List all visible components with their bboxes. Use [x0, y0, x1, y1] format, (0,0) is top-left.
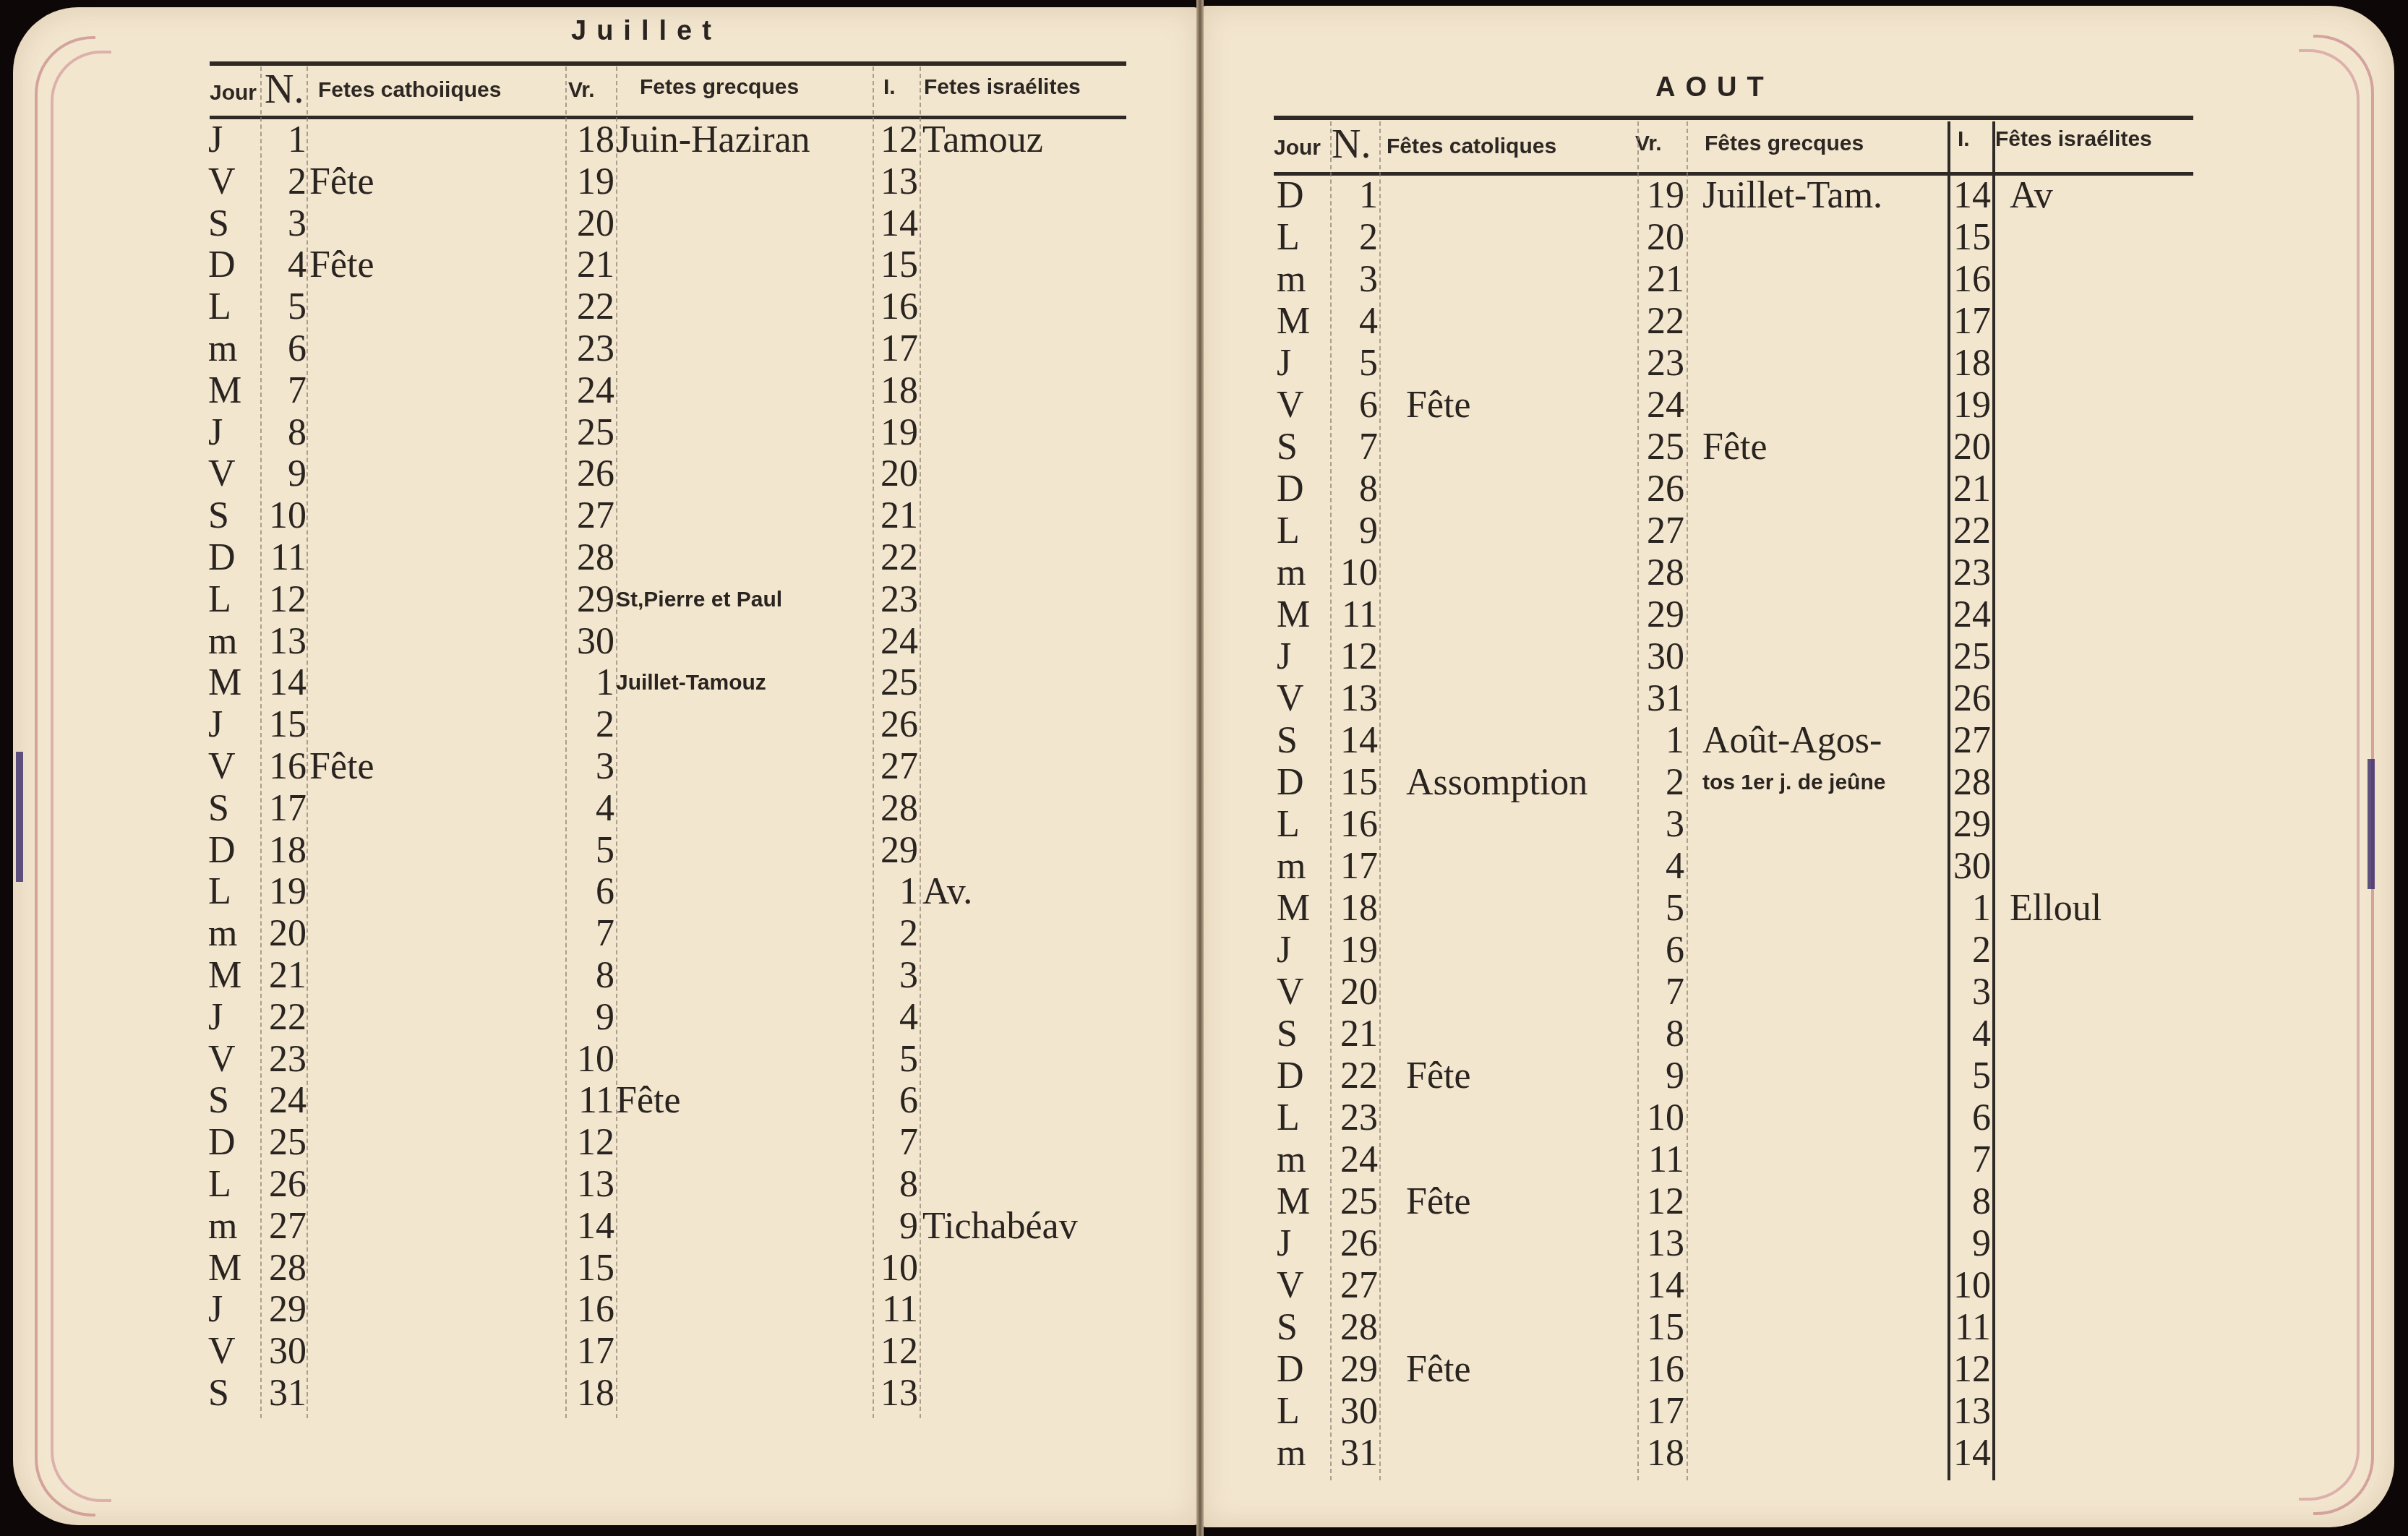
header-i: I.	[883, 75, 896, 100]
calendar-row: m102823	[0, 552, 1084, 594]
greek-day-cell: 1	[1638, 720, 1684, 762]
calendar-row: J26139	[0, 1223, 1084, 1265]
greek-day-cell: 4	[1638, 846, 1684, 888]
jewish-feast-cell: Elloul	[2010, 888, 2101, 930]
greek-day-cell: 15	[1638, 1307, 1684, 1349]
day-number-cell: 6	[1332, 385, 1378, 426]
greek-feast-cell: Fête	[1702, 426, 1768, 468]
day-of-week-cell: m	[1277, 552, 1306, 594]
book-spine	[1196, 0, 1204, 1536]
greek-day-cell: 8	[1638, 1013, 1684, 1055]
greek-day-cell: 23	[1638, 343, 1684, 385]
jewish-day-cell: 16	[1949, 259, 1991, 301]
greek-day-cell: 5	[1638, 888, 1684, 930]
day-of-week-cell: D	[1277, 1055, 1304, 1097]
calendar-row: m24117	[0, 1139, 1084, 1181]
day-of-week-cell: M	[1277, 594, 1310, 636]
jewish-day-cell: 28	[1949, 762, 1991, 804]
header-catholic: Fetes cathoiiques	[318, 78, 501, 103]
day-of-week-cell: m	[1277, 1139, 1306, 1181]
day-number-cell: 27	[1332, 1265, 1378, 1307]
day-number-cell: 9	[1332, 510, 1378, 552]
jewish-day-cell: 29	[1949, 804, 1991, 846]
day-number-cell: 8	[1332, 468, 1378, 510]
day-of-week-cell: m	[1277, 259, 1306, 301]
greek-day-cell: 26	[1638, 468, 1684, 510]
day-number-cell: 11	[1332, 594, 1378, 636]
column-divider-bold	[1992, 121, 1997, 1480]
header-catholic: Fêtes catoliques	[1387, 134, 1556, 159]
jewish-day-cell: 18	[1949, 343, 1991, 385]
greek-feast-cell: Août-Agos-	[1702, 720, 1882, 762]
day-of-week-cell: L	[1277, 217, 1300, 259]
day-number-cell: 30	[1332, 1391, 1378, 1433]
jewish-day-cell: 19	[1949, 385, 1991, 426]
day-number-cell: 14	[1332, 720, 1378, 762]
calendar-row: D22Fête95	[0, 1055, 1084, 1097]
day-number-cell: 24	[1332, 1139, 1378, 1181]
header-n: N.	[265, 66, 304, 113]
greek-day-cell: 28	[1638, 552, 1684, 594]
greek-day-cell: 10	[1638, 1097, 1684, 1139]
jewish-day-cell: 1	[1949, 888, 1991, 930]
header-israelite: Fêtes israélites	[1995, 127, 2152, 152]
day-of-week-cell: L	[1277, 804, 1300, 846]
jewish-day-cell: 24	[1949, 594, 1991, 636]
jewish-day-cell: 4	[1949, 1013, 1991, 1055]
jewish-day-cell: 15	[1949, 217, 1991, 259]
greek-day-cell: 21	[1638, 259, 1684, 301]
column-divider	[1379, 121, 1382, 1480]
greek-day-cell: 24	[1638, 385, 1684, 426]
calendar-row: J1962	[0, 930, 1084, 971]
greek-day-cell: 22	[1638, 301, 1684, 343]
day-of-week-cell: J	[1277, 636, 1291, 678]
day-number-cell: 5	[1332, 343, 1378, 385]
calendar-row: S141Août-Agos-27	[0, 720, 1084, 762]
day-number-cell: 19	[1332, 930, 1378, 971]
calendar-row: m32116	[0, 259, 1084, 301]
calendar-row: M112924	[0, 594, 1084, 636]
jewish-day-cell: 11	[1949, 1307, 1991, 1349]
jewish-day-cell: 30	[1949, 846, 1991, 888]
header-n: N.	[1332, 121, 1371, 168]
jewish-day-cell: 6	[1949, 1097, 1991, 1139]
jewish-day-cell: 12	[1949, 1349, 1991, 1391]
calendar-row: V6Fête2419	[0, 385, 1084, 426]
day-of-week-cell: D	[1277, 175, 1304, 217]
day-number-cell: 1	[262, 119, 307, 161]
header-israelite: Fetes israélites	[924, 75, 1081, 100]
jewish-day-cell: 23	[1949, 552, 1991, 594]
calendar-row: M42217	[0, 301, 1084, 343]
day-of-week-cell: V	[1277, 678, 1304, 720]
calendar-row: V271410	[0, 1265, 1084, 1307]
greek-day-cell: 18	[1638, 1433, 1684, 1475]
greek-day-cell: 2	[1638, 762, 1684, 804]
jewish-day-cell: 12	[873, 119, 918, 161]
page-edge-line	[2299, 49, 2360, 1501]
day-number-cell: 29	[1332, 1349, 1378, 1391]
calendar-row: L16329	[0, 804, 1084, 846]
day-number-cell: 10	[1332, 552, 1378, 594]
calendar-row: S2184	[0, 1013, 1084, 1055]
day-of-week-cell: m	[1277, 1433, 1306, 1475]
day-number-cell: 7	[1332, 426, 1378, 468]
jewish-day-cell: 26	[1949, 678, 1991, 720]
header-i: I.	[1958, 127, 1970, 152]
greek-feast-cell: Juillet-Tam.	[1702, 175, 1882, 217]
calendar-row: m17430	[0, 846, 1084, 888]
greek-day-cell: 19	[1638, 175, 1684, 217]
day-of-week-cell: L	[1277, 1097, 1300, 1139]
day-number-cell: 28	[1332, 1307, 1378, 1349]
month-title-juillet: Juillet	[571, 16, 721, 47]
jewish-day-cell: 7	[1949, 1139, 1991, 1181]
calendar-row: J123025	[0, 636, 1084, 678]
calendar-row: S281511	[0, 1307, 1084, 1349]
day-of-week-cell: V	[1277, 385, 1304, 426]
calendar-row: L92722	[0, 510, 1084, 552]
calendar-row: D29Fête1612	[0, 1349, 1084, 1391]
calendar-row: D82621	[0, 468, 1084, 510]
greek-day-cell: 3	[1638, 804, 1684, 846]
jewish-feast-cell: Tamouz	[922, 119, 1043, 161]
day-number-cell: 31	[1332, 1433, 1378, 1475]
day-of-week-cell: D	[1277, 762, 1304, 804]
day-of-week-cell: S	[1277, 720, 1298, 762]
catholic-feast-cell: Fête	[1406, 385, 1471, 426]
greek-day-cell: 13	[1638, 1223, 1684, 1265]
greek-day-cell: 6	[1638, 930, 1684, 971]
jewish-day-cell: 9	[1949, 1223, 1991, 1265]
greek-day-cell: 17	[1638, 1391, 1684, 1433]
day-of-week-cell: M	[1277, 1181, 1310, 1223]
greek-day-cell: 11	[1638, 1139, 1684, 1181]
greek-day-cell: 29	[1638, 594, 1684, 636]
day-of-week-cell: V	[1277, 971, 1304, 1013]
greek-day-cell: 16	[1638, 1349, 1684, 1391]
catholic-feast-cell: Fête	[1406, 1055, 1471, 1097]
jewish-day-cell: 10	[1949, 1265, 1991, 1307]
calendar-row: M1851Elloul	[0, 888, 1084, 930]
greek-day-cell: 14	[1638, 1265, 1684, 1307]
day-of-week-cell: L	[1277, 510, 1300, 552]
day-number-cell: 2	[1332, 217, 1378, 259]
header-jour: Jour	[1274, 136, 1321, 160]
day-of-week-cell: D	[1277, 1349, 1304, 1391]
day-number-cell: 4	[1332, 301, 1378, 343]
calendar-row: m311814	[0, 1433, 1084, 1475]
catholic-feast-cell: Fête	[1406, 1349, 1471, 1391]
calendar-row: S725Fête20	[0, 426, 1084, 468]
day-of-week-cell: S	[1277, 1013, 1298, 1055]
greek-feast-cell: tos 1er j. de jeûne	[1702, 762, 1885, 804]
header-top-rule	[1274, 116, 2193, 120]
calendar-row: J52318	[0, 343, 1084, 385]
header-top-rule	[210, 61, 1126, 66]
day-number-cell: 1	[1332, 175, 1378, 217]
day-number-cell: 20	[1332, 971, 1378, 1013]
day-number-cell: 12	[1332, 636, 1378, 678]
calendar-row: V2073	[0, 971, 1084, 1013]
day-of-week-cell: S	[1277, 1307, 1298, 1349]
greek-day-cell: 7	[1638, 971, 1684, 1013]
jewish-day-cell: 17	[1949, 301, 1991, 343]
day-of-week-cell: J	[1277, 1223, 1291, 1265]
calendar-row: D15Assomption2tos 1er j. de jeûne28	[0, 762, 1084, 804]
jewish-day-cell: 8	[1949, 1181, 1991, 1223]
day-number-cell: 17	[1332, 846, 1378, 888]
greek-day-cell: 18	[567, 119, 614, 161]
catholic-feast-cell: Assomption	[1406, 762, 1588, 804]
day-of-week-cell: D	[1277, 468, 1304, 510]
day-number-cell: 18	[1332, 888, 1378, 930]
greek-day-cell: 31	[1638, 678, 1684, 720]
day-number-cell: 13	[1332, 678, 1378, 720]
day-number-cell: 22	[1332, 1055, 1378, 1097]
jewish-day-cell: 20	[1949, 426, 1991, 468]
day-of-week-cell: V	[1277, 1265, 1304, 1307]
header-greek: Fetes grecques	[640, 75, 799, 100]
jewish-day-cell: 2	[1949, 930, 1991, 971]
day-number-cell: 26	[1332, 1223, 1378, 1265]
calendar-row: M25Fête128	[0, 1181, 1084, 1223]
day-number-cell: 23	[1332, 1097, 1378, 1139]
day-of-week-cell: m	[1277, 846, 1306, 888]
jewish-day-cell: 13	[1949, 1391, 1991, 1433]
jewish-day-cell: 21	[1949, 468, 1991, 510]
jewish-day-cell: 22	[1949, 510, 1991, 552]
day-of-week-cell: J	[1277, 930, 1291, 971]
catholic-feast-cell: Fête	[1406, 1181, 1471, 1223]
jewish-day-cell: 14	[1949, 1433, 1991, 1475]
day-of-week-cell: L	[1277, 1391, 1300, 1433]
day-number-cell: 3	[1332, 259, 1378, 301]
jewish-feast-cell: Av	[2010, 175, 2053, 217]
jewish-day-cell: 5	[1949, 1055, 1991, 1097]
calendar-row: J118Juin-Haziran12Tamouz	[0, 119, 1084, 161]
greek-day-cell: 30	[1638, 636, 1684, 678]
jewish-day-cell: 25	[1949, 636, 1991, 678]
greek-day-cell: 27	[1638, 510, 1684, 552]
calendar-row: D119Juillet-Tam.14Av	[0, 175, 1084, 217]
jewish-day-cell: 27	[1949, 720, 1991, 762]
greek-feast-cell: Juin-Haziran	[616, 119, 810, 161]
jewish-day-cell: 3	[1949, 971, 1991, 1013]
calendar-row: L301713	[0, 1391, 1084, 1433]
header-greek: Fêtes grecques	[1705, 132, 1864, 156]
jewish-day-cell: 14	[1949, 175, 1991, 217]
greek-day-cell: 9	[1638, 1055, 1684, 1097]
greek-day-cell: 25	[1638, 426, 1684, 468]
header-jour: Jour	[210, 81, 257, 106]
day-of-week-cell: M	[1277, 888, 1310, 930]
day-of-week-cell: J	[1277, 343, 1291, 385]
day-of-week-cell: S	[1277, 426, 1298, 468]
calendar-row: L22015	[0, 217, 1084, 259]
calendar-row: V133126	[0, 678, 1084, 720]
column-divider	[1687, 121, 1689, 1480]
header-vr: Vr.	[568, 78, 595, 103]
greek-day-cell: 12	[1638, 1181, 1684, 1223]
day-number-cell: 15	[1332, 762, 1378, 804]
day-number-cell: 21	[1332, 1013, 1378, 1055]
binding-stitch	[2368, 759, 2375, 889]
day-number-cell: 16	[1332, 804, 1378, 846]
day-of-week-cell: J	[208, 119, 223, 161]
greek-day-cell: 20	[1638, 217, 1684, 259]
calendar-row: L23106	[0, 1097, 1084, 1139]
day-number-cell: 25	[1332, 1181, 1378, 1223]
day-of-week-cell: M	[1277, 301, 1310, 343]
month-title-aout: AOUT	[1655, 72, 1774, 103]
